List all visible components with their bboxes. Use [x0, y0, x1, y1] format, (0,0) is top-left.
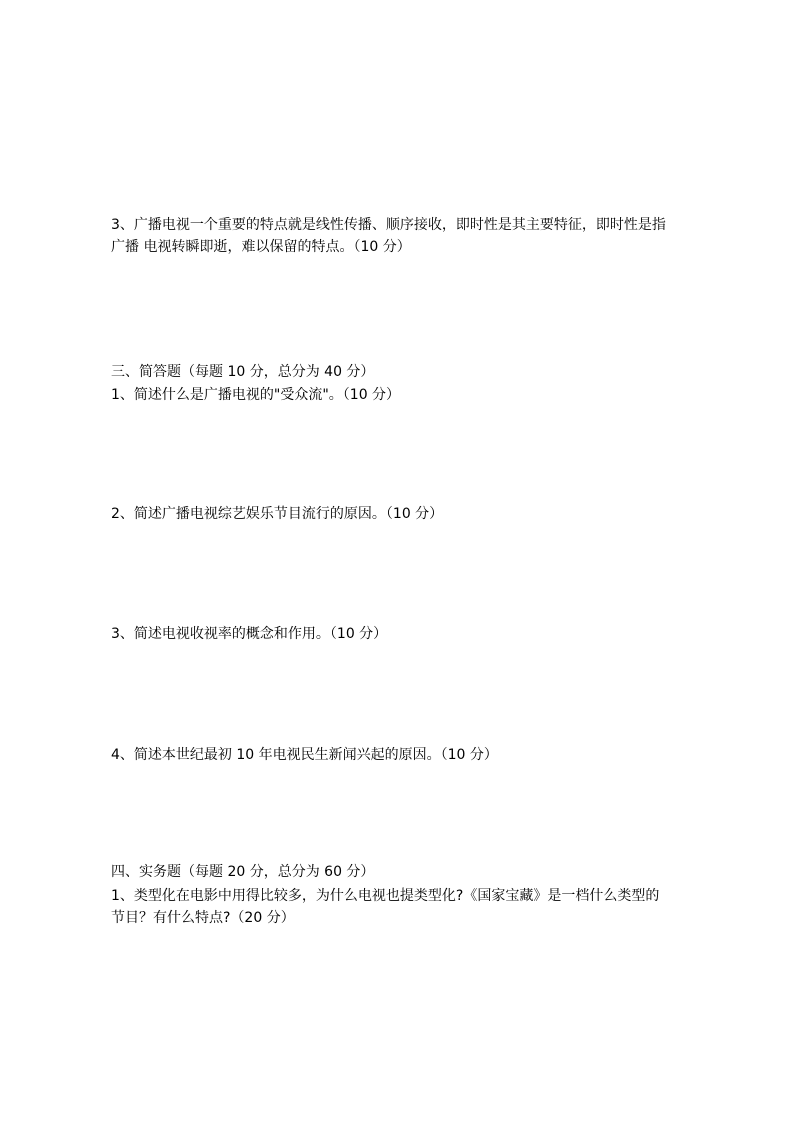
- section3-question4: 4、简述本世纪最初 10 年电视民生新闻兴起的原因。（10 分）: [111, 744, 694, 766]
- section3-question2: 2、简述广播电视综艺娱乐节目流行的原因。（10 分）: [111, 503, 694, 525]
- section3-question3: 3、简述电视收视率的概念和作用。（10 分）: [111, 623, 694, 645]
- section3-heading: 三、简答题（每题 10 分，总分为 40 分）: [111, 361, 694, 383]
- section2-question3: 3、广播电视一个重要的特点就是线性传播、顺序接收，即时性是其主要特征，即时性是指…: [111, 214, 694, 258]
- section4-question1: 1、类型化在电影中用得比较多，为什么电视也提类型化?《国家宝藏》是一档什么类型的…: [111, 885, 694, 929]
- section4-heading: 四、实务题（每题 20 分，总分为 60 分）: [111, 861, 694, 883]
- section3-question1: 1、简述什么是广播电视的"受众流"。（10 分）: [111, 384, 694, 406]
- exam-document-page: 3、广播电视一个重要的特点就是线性传播、顺序接收，即时性是其主要特征，即时性是指…: [0, 0, 794, 1123]
